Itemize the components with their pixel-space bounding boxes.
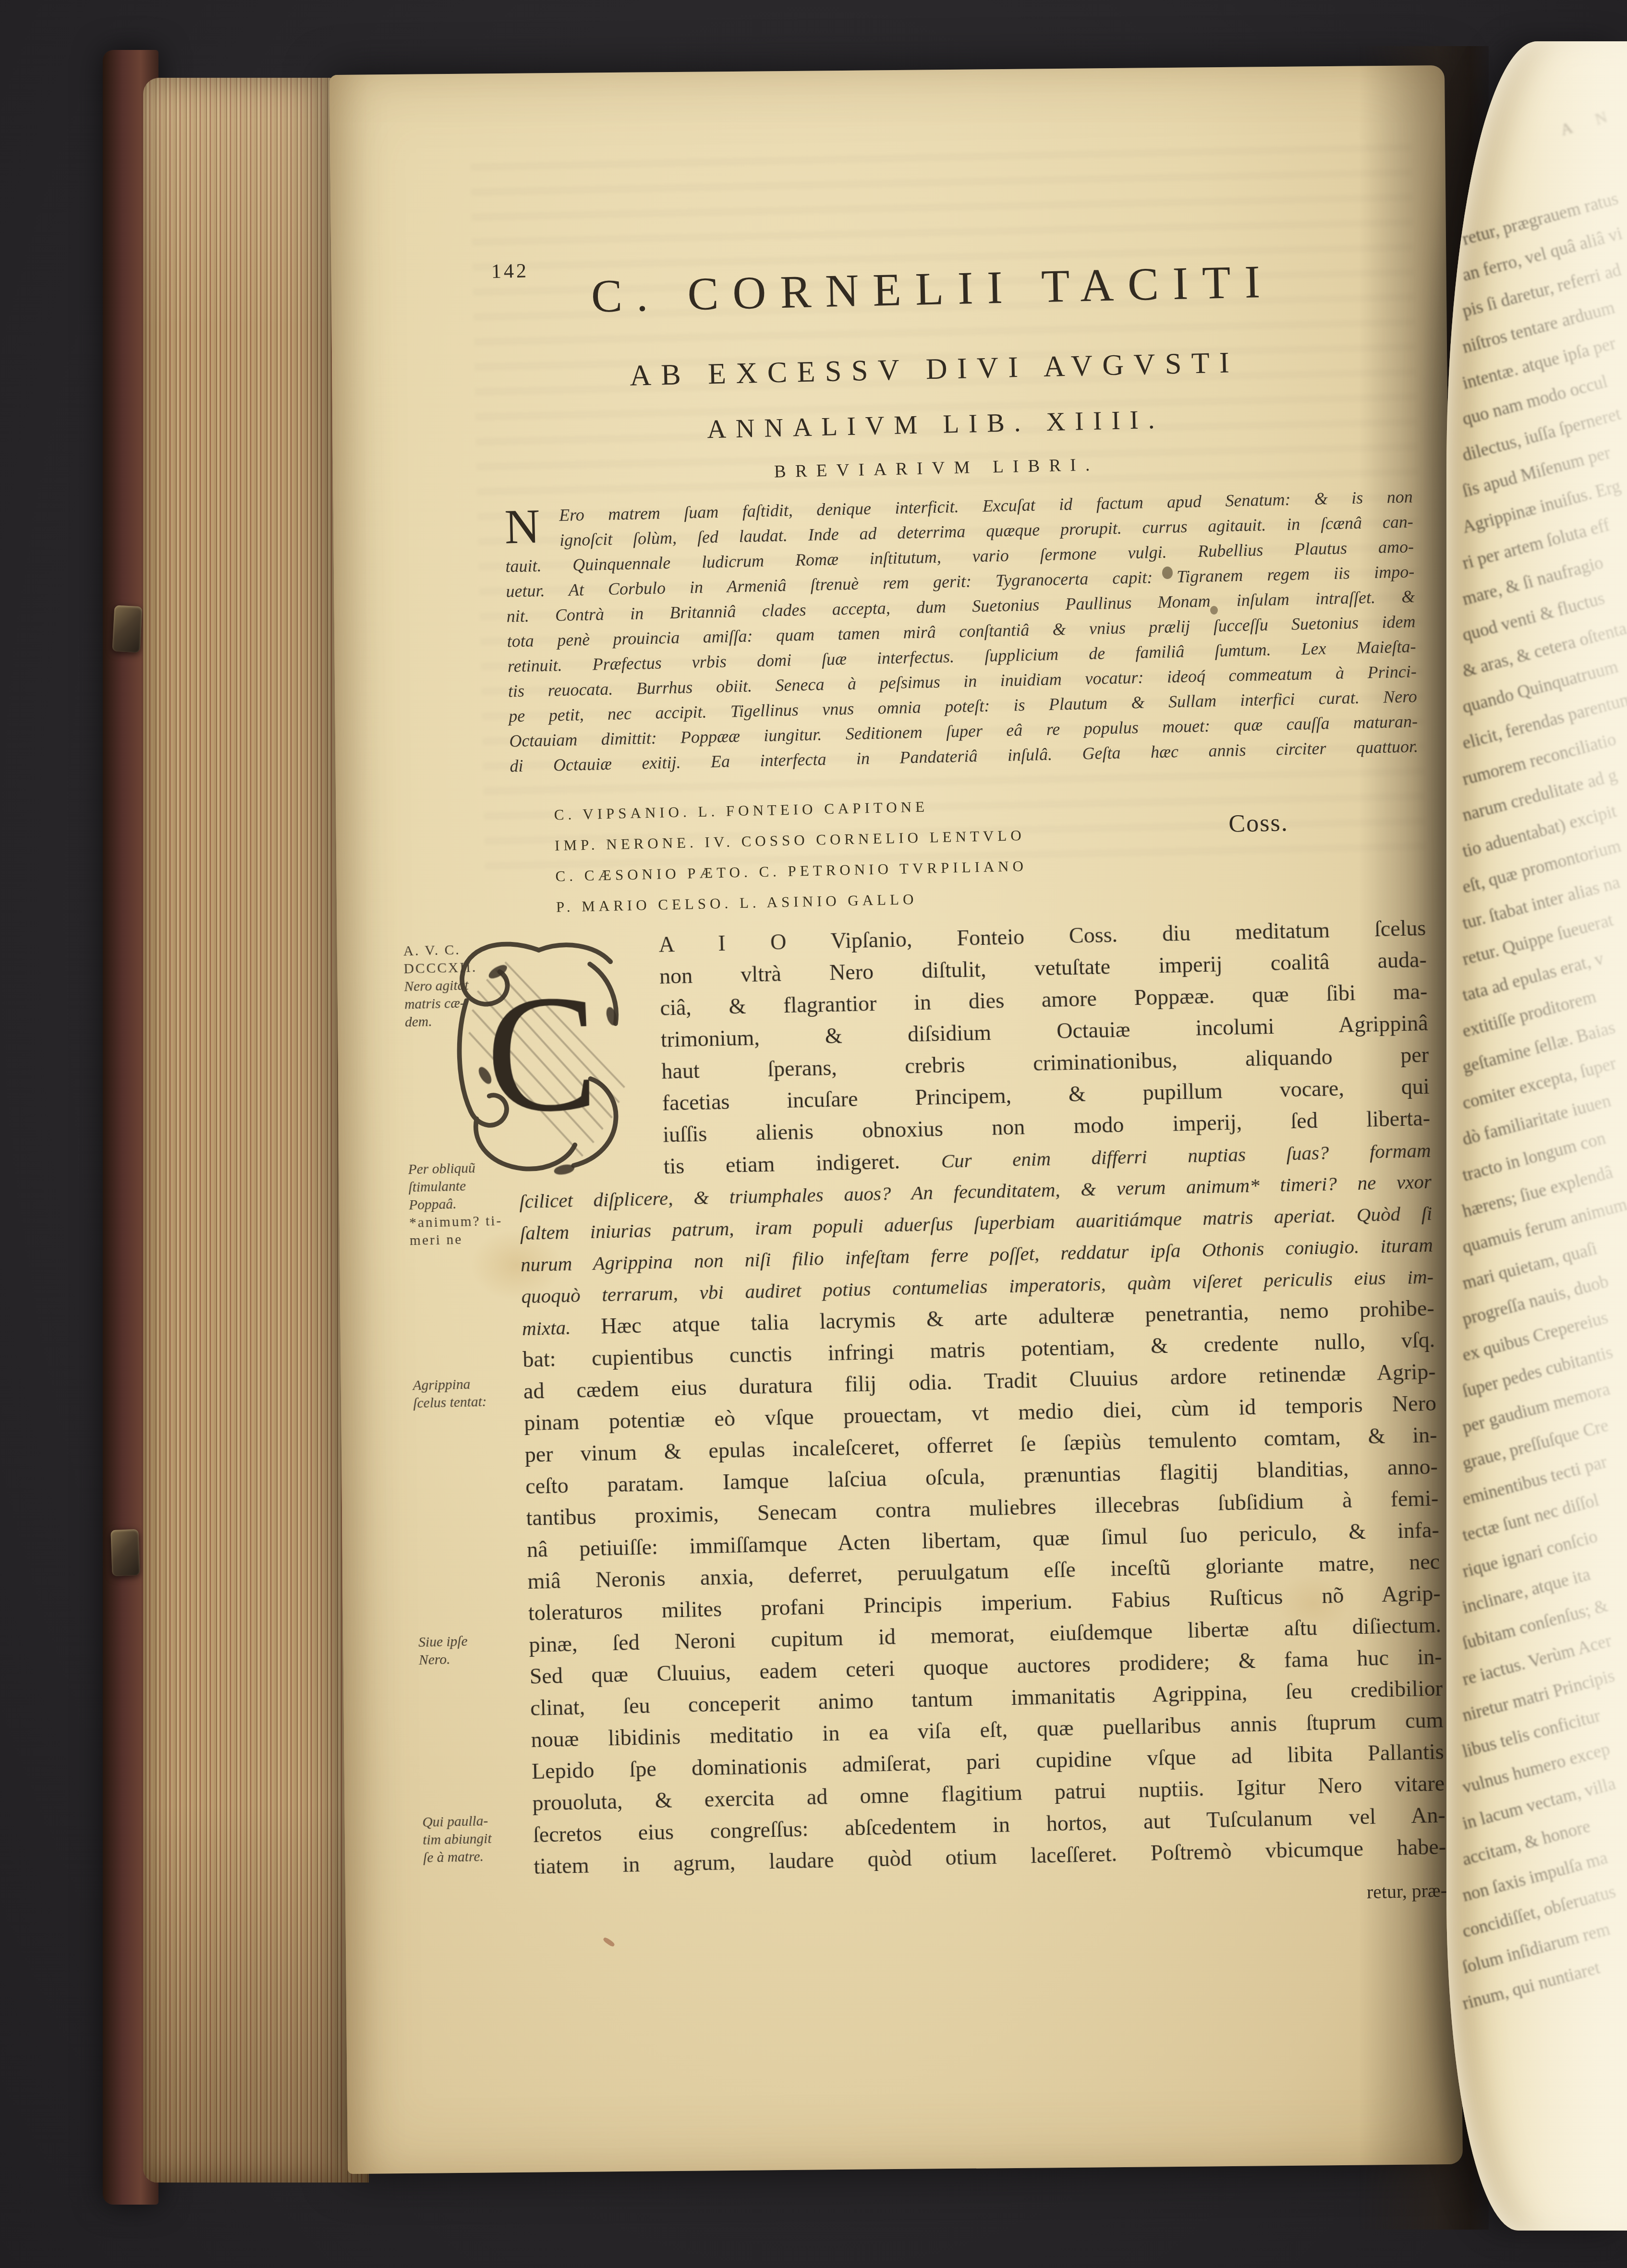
page-title: C. CORNELII TACITI bbox=[452, 252, 1413, 326]
margin-note-line: Poppaâ. bbox=[409, 1194, 535, 1215]
facing-text-fragment: inclinare, atque ita bbox=[1460, 1564, 1592, 1618]
facing-text-fragment: ſubitam conſenſus; & bbox=[1460, 1595, 1610, 1654]
clasp-icon bbox=[110, 1529, 140, 1576]
facing-text-fragment: ri per artem ſoluta eff bbox=[1460, 515, 1612, 574]
margin-notes: A. V. C.DCCCXII.Nero agitatmatris cæ-dem… bbox=[318, 58, 1433, 83]
facing-text-fragment: progreſſa nauis, duob bbox=[1460, 1271, 1611, 1330]
margin-note-line: Nero agitat bbox=[404, 976, 530, 996]
drop-cap-n: N bbox=[504, 503, 557, 554]
facing-text-fragment: rinum, qui nuntiaret bbox=[1460, 1957, 1602, 2014]
chapter-segment-italic: mixta. bbox=[522, 1316, 601, 1340]
facing-text-fragment: quod venti & fluctus bbox=[1460, 588, 1607, 646]
margin-note: Agrippinaſcelus tentat: bbox=[413, 1374, 539, 1412]
facing-text-fragment: ſuper pedes cubitantis bbox=[1460, 1342, 1615, 1402]
margin-note-line: ſtimulante bbox=[408, 1176, 534, 1197]
facing-text-fragment: quamuis ferum animum bbox=[1460, 1194, 1627, 1258]
clasp-icon bbox=[112, 605, 143, 653]
facing-text-fragment: & aras, & cetera oſtenta bbox=[1460, 618, 1627, 682]
chapter-segment: tis etiam indigeret. bbox=[663, 1148, 941, 1179]
margin-note-line: Qui paulla- bbox=[422, 1811, 548, 1832]
page-content: 142 C. CORNELII TACITI AB EXCESSV DIVI A… bbox=[318, 58, 1479, 2181]
catchword: retur, præ- bbox=[534, 1879, 1447, 1921]
facing-text-fragment: vulnus humero excep bbox=[1460, 1739, 1612, 1798]
margin-note-line: DCCCXII. bbox=[403, 958, 530, 978]
facing-text-fragment: tata ad epulas erat, v bbox=[1460, 948, 1606, 1006]
facing-text-fragment: per gaudium memora bbox=[1460, 1379, 1612, 1438]
margin-note-line: Siue ipſe bbox=[418, 1631, 545, 1652]
facing-text-fragment: ſolum inſidiarum rem bbox=[1460, 1919, 1612, 1978]
facing-text-fragment: mare, & ſi naufragio bbox=[1460, 553, 1605, 610]
facing-text-fragment: graue, preſſuſque Cre bbox=[1460, 1415, 1611, 1474]
facing-text-fragment: mari quietam, quaſi bbox=[1460, 1238, 1599, 1294]
margin-note-line: Agrippina bbox=[413, 1374, 539, 1395]
facing-text-fragment: hærens; ſiue explendâ bbox=[1460, 1162, 1615, 1222]
facing-text-fragment: ex quibus Crepereius bbox=[1460, 1307, 1610, 1366]
facing-text-fragment: re iactus. Verùm Acer bbox=[1460, 1630, 1614, 1690]
margin-note: Qui paulla-tim abiungitſe à matre. bbox=[422, 1811, 549, 1867]
facing-text-fragment: retur. Quippe ſueuerat bbox=[1460, 910, 1615, 970]
facing-text-fragment: elicit, ferendas parentum bbox=[1460, 688, 1627, 754]
margin-note: Per obliquũſtimulantePoppaâ.*animum? ti-… bbox=[408, 1158, 535, 1250]
facing-text-fragment: tur. ſtabat inter alias na bbox=[1460, 872, 1622, 934]
facing-text-fragment: Agrippinæ inuiſus. Erg bbox=[1460, 476, 1623, 538]
section-heading: BREVIARIVM LIBRI. bbox=[456, 447, 1417, 489]
book-number-line: ANNALIVM LIB. XIIII. bbox=[455, 398, 1416, 450]
margin-note-line: Per obliquũ bbox=[408, 1158, 534, 1179]
margin-note-line: ſe à matre. bbox=[423, 1846, 549, 1867]
facing-text-fragment: dò familiaritate iuuen bbox=[1460, 1090, 1613, 1150]
facing-text-fragment: tio aduentabat) excipit bbox=[1460, 801, 1619, 862]
facing-text-fragment: niſtros tentare arduum bbox=[1460, 297, 1617, 358]
facing-text-fragment: quando Quinquatruum bbox=[1460, 656, 1620, 718]
margin-note-line: ſcelus tentat: bbox=[413, 1392, 539, 1412]
facing-text-fragment: accitam, & honore bbox=[1460, 1816, 1592, 1870]
facing-text-fragment: pis ſi daretur, referri ad bbox=[1460, 260, 1623, 322]
page-subtitle: AB EXCESSV DIVI AVGVSTI bbox=[454, 342, 1415, 397]
chapter-text: C A I O Vipſanio, Fonteio Coss. diu medi… bbox=[513, 912, 1446, 1882]
facing-text-fragment: tracto in longum con bbox=[1460, 1128, 1608, 1186]
facing-text-fragment: eſt, quæ promontorium bbox=[1460, 836, 1623, 898]
facing-text-fragment: quo nam modo occul bbox=[1460, 371, 1610, 430]
book-photo: 142 C. CORNELII TACITI AB EXCESSV DIVI A… bbox=[0, 0, 1627, 2268]
facing-text-fragment: narum credulitate ad g bbox=[1460, 765, 1619, 826]
facing-text-fragment: concidiſſet, obſeruatus bbox=[1460, 1882, 1618, 1942]
margin-note-line: Nero. bbox=[419, 1649, 545, 1669]
margin-note-line: matris cæ- bbox=[404, 993, 531, 1014]
facing-text-fragment: retur, prægrauem ratus bbox=[1460, 188, 1620, 250]
facing-text-fragment: geſtamine ſellæ. Baias bbox=[1460, 1017, 1617, 1078]
facing-text-fragment: ſis apud Miſenum per bbox=[1460, 443, 1613, 502]
margin-note-line: meri ne bbox=[410, 1229, 536, 1250]
breviarium-text: N Ero matrem ſuam faſtidit, denique inte… bbox=[504, 484, 1419, 778]
facing-text-fragment: niretur matri Principis bbox=[1460, 1665, 1617, 1726]
facing-text-fragment: in lacum vectam, villa bbox=[1460, 1773, 1618, 1834]
facing-text-fragment: an ferro, vel quâ aliâ vi bbox=[1460, 223, 1625, 286]
consul-list: C. VIPSANIO. L. FONTEIO CAPITONEIMP. NER… bbox=[554, 789, 1028, 922]
margin-note-line: A. V. C. bbox=[403, 940, 529, 961]
consul-label: Coss. bbox=[1228, 808, 1288, 838]
facing-text-fragment: rique ignari conſcio bbox=[1460, 1526, 1600, 1582]
facing-text-fragment: dilectus, iuſſa ſperneret bbox=[1460, 404, 1623, 466]
facing-text-fragment: rumorem reconciliatio bbox=[1460, 729, 1618, 790]
margin-note: Siue ipſeNero. bbox=[418, 1631, 545, 1669]
facing-text-fragment: comiter excepta, ſuper bbox=[1460, 1053, 1618, 1114]
margin-note: A. V. C.DCCCXII.Nero agitatmatris cæ-dem… bbox=[403, 940, 531, 1032]
facing-text-fragment: tectæ ſunt nec diſſol bbox=[1460, 1490, 1601, 1546]
facing-text-fragment: libus telis conficitur bbox=[1460, 1705, 1603, 1762]
facing-page-edge: A N retur, prægrauem ratusan ferro, vel … bbox=[1446, 41, 1627, 2231]
facing-text-fragment: eminentibus tecti par bbox=[1460, 1451, 1609, 1510]
facing-signature-mark: A N bbox=[1558, 105, 1620, 140]
margin-note-line: *animum? ti- bbox=[409, 1212, 535, 1232]
margin-note-line: dem. bbox=[405, 1011, 531, 1032]
facing-text-fragment: intentæ. atque ipſa per bbox=[1460, 333, 1618, 394]
facing-text-fragment: extitiſſe proditorem bbox=[1460, 987, 1598, 1042]
margin-note-line: tim abiungit bbox=[423, 1829, 549, 1849]
facing-text-fragment: non ſaxis impulſa ma bbox=[1460, 1847, 1610, 1906]
